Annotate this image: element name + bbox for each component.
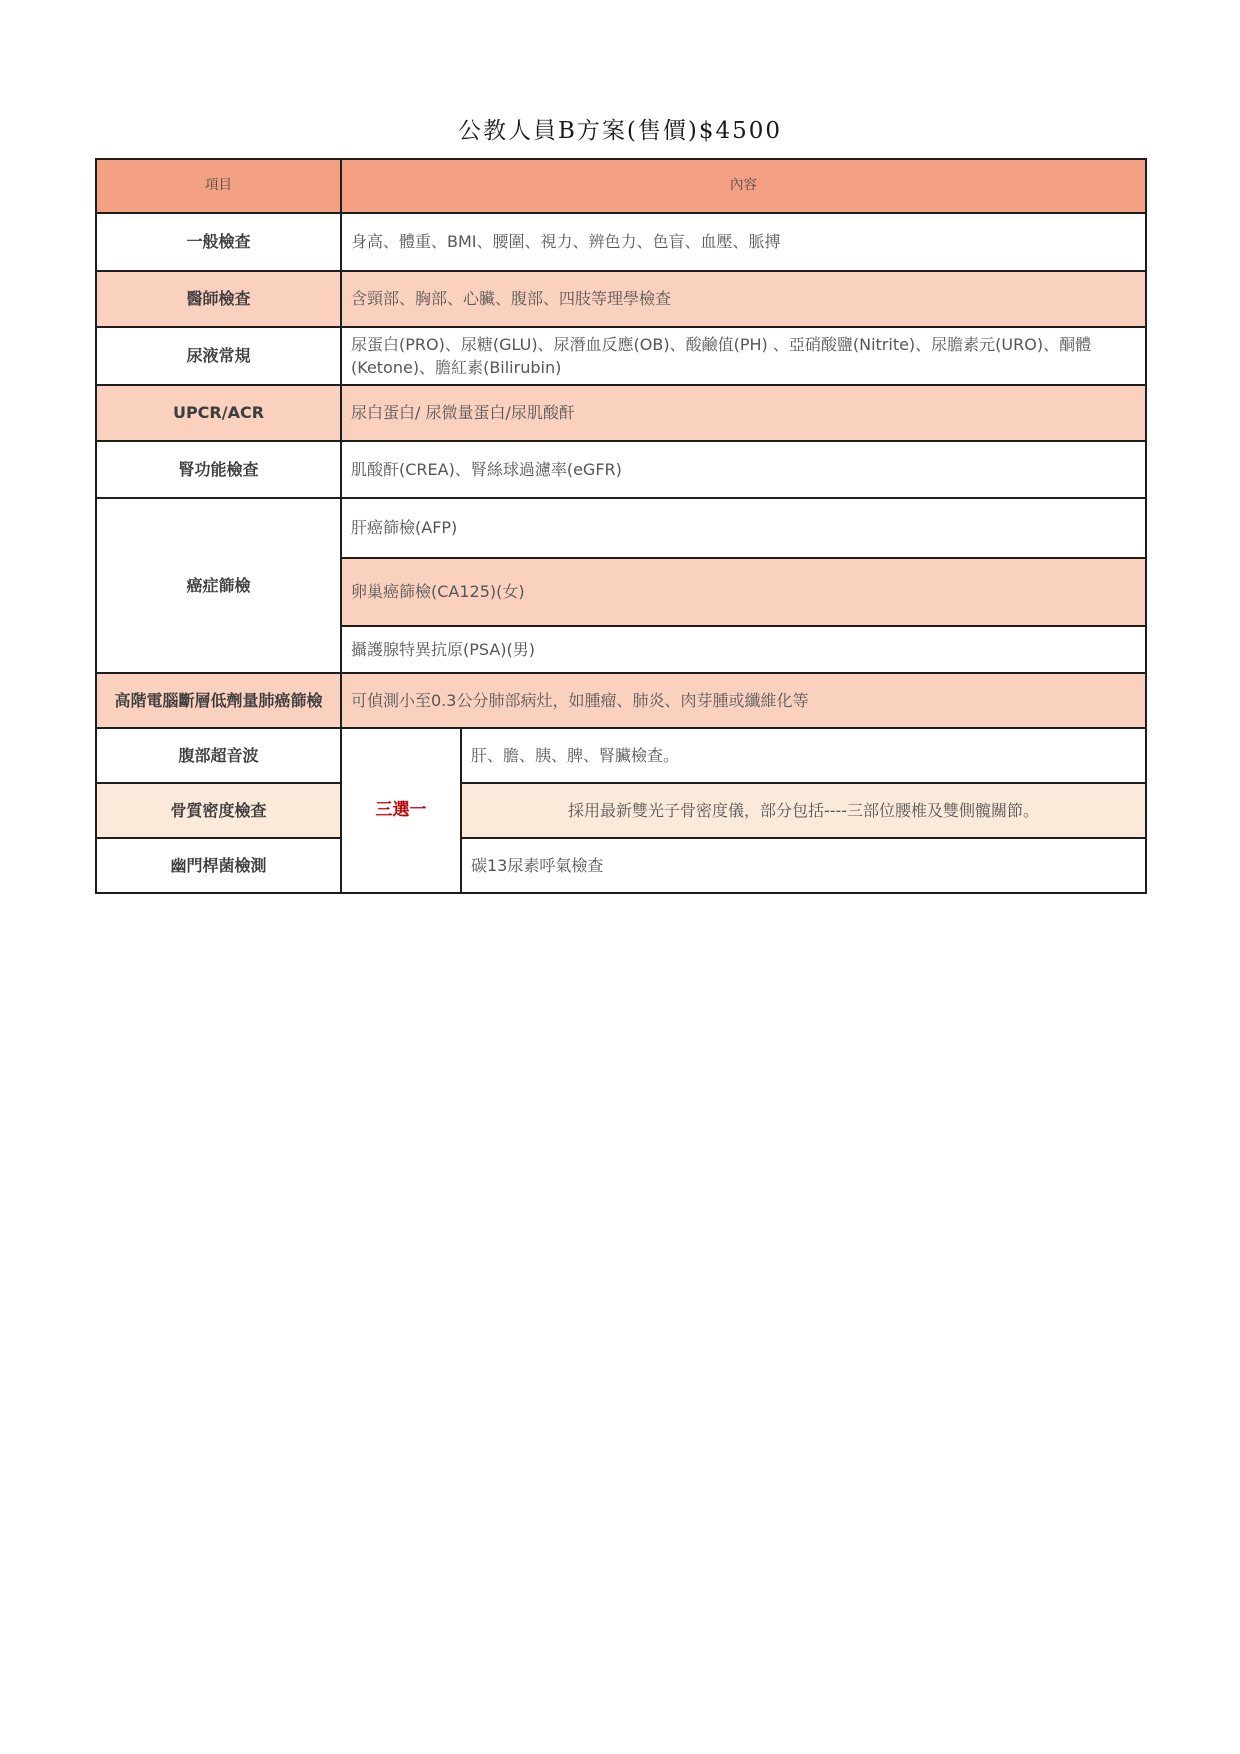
item-content: 碳13尿素呼氣檢查 bbox=[461, 838, 1146, 893]
plan-table: 項目 內容 一般檢查 身高、體重、BMI、腰圍、視力、辨色力、色盲、血壓、脈搏 … bbox=[95, 158, 1147, 894]
row-general-exam: 一般檢查 身高、體重、BMI、腰圍、視力、辨色力、色盲、血壓、脈搏 bbox=[96, 213, 1146, 271]
row-lung-ct: 高階電腦斷層低劑量肺癌篩檢 可偵測小至0.3公分肺部病灶，如腫瘤、肺炎、肉芽腫或… bbox=[96, 673, 1146, 728]
header-row: 項目 內容 bbox=[96, 159, 1146, 213]
row-renal-function: 腎功能檢查 肌酸酐(CREA)、腎絲球過濾率(eGFR) bbox=[96, 441, 1146, 498]
choose-one-label: 三選一 bbox=[341, 728, 461, 893]
row-upcr-acr: UPCR/ACR 尿白蛋白/ 尿微量蛋白/尿肌酸酐 bbox=[96, 385, 1146, 441]
item-label: 一般檢查 bbox=[96, 213, 341, 271]
item-label: 尿液常規 bbox=[96, 327, 341, 385]
item-content: 尿白蛋白/ 尿微量蛋白/尿肌酸酐 bbox=[341, 385, 1146, 441]
header-cell-item: 項目 bbox=[96, 159, 341, 213]
item-content: 身高、體重、BMI、腰圍、視力、辨色力、色盲、血壓、脈搏 bbox=[341, 213, 1146, 271]
item-label: 腎功能檢查 bbox=[96, 441, 341, 498]
row-bone-density: 骨質密度檢查 採用最新雙光子骨密度儀，部分包括----三部位腰椎及雙側髖關節。 bbox=[96, 783, 1146, 838]
item-label: 骨質密度檢查 bbox=[96, 783, 341, 838]
item-label: 醫師檢查 bbox=[96, 271, 341, 327]
cancer-screening-label: 癌症篩檢 bbox=[96, 498, 341, 673]
row-physician-exam: 醫師檢查 含頸部、胸部、心臟、腹部、四肢等理學檢查 bbox=[96, 271, 1146, 327]
header-cell-content: 內容 bbox=[341, 159, 1146, 213]
item-label: 腹部超音波 bbox=[96, 728, 341, 783]
item-content: 尿蛋白(PRO)、尿糖(GLU)、尿潛血反應(OB)、酸鹼值(PH) 、亞硝酸鹽… bbox=[341, 327, 1146, 385]
page-title: 公教人員B方案(售價)$4500 bbox=[0, 112, 1240, 145]
cancer-sub-row: 攝護腺特異抗原(PSA)(男) bbox=[341, 626, 1146, 673]
item-content: 肝、膽、胰、脾、腎臟檢查。 bbox=[461, 728, 1146, 783]
cancer-sub-row: 卵巢癌篩檢(CA125)(女) bbox=[341, 558, 1146, 626]
item-content: 含頸部、胸部、心臟、腹部、四肢等理學檢查 bbox=[341, 271, 1146, 327]
item-content: 肌酸酐(CREA)、腎絲球過濾率(eGFR) bbox=[341, 441, 1146, 498]
item-content: 可偵測小至0.3公分肺部病灶，如腫瘤、肺炎、肉芽腫或纖維化等 bbox=[341, 673, 1146, 728]
document-page: 公教人員B方案(售價)$4500 項目 內容 一般檢查 身高、體重、BMI、腰圍… bbox=[0, 0, 1240, 1754]
row-urinalysis: 尿液常規 尿蛋白(PRO)、尿糖(GLU)、尿潛血反應(OB)、酸鹼值(PH) … bbox=[96, 327, 1146, 385]
row-cancer-afp: 癌症篩檢 肝癌篩檢(AFP) bbox=[96, 498, 1146, 558]
row-abdominal-ultrasound: 腹部超音波 三選一 肝、膽、胰、脾、腎臟檢查。 bbox=[96, 728, 1146, 783]
item-content: 採用最新雙光子骨密度儀，部分包括----三部位腰椎及雙側髖關節。 bbox=[461, 783, 1146, 838]
row-h-pylori: 幽門桿菌檢測 碳13尿素呼氣檢查 bbox=[96, 838, 1146, 893]
item-label: UPCR/ACR bbox=[96, 385, 341, 441]
cancer-sub-row: 肝癌篩檢(AFP) bbox=[341, 498, 1146, 558]
item-label: 高階電腦斷層低劑量肺癌篩檢 bbox=[96, 673, 341, 728]
item-label: 幽門桿菌檢測 bbox=[96, 838, 341, 893]
